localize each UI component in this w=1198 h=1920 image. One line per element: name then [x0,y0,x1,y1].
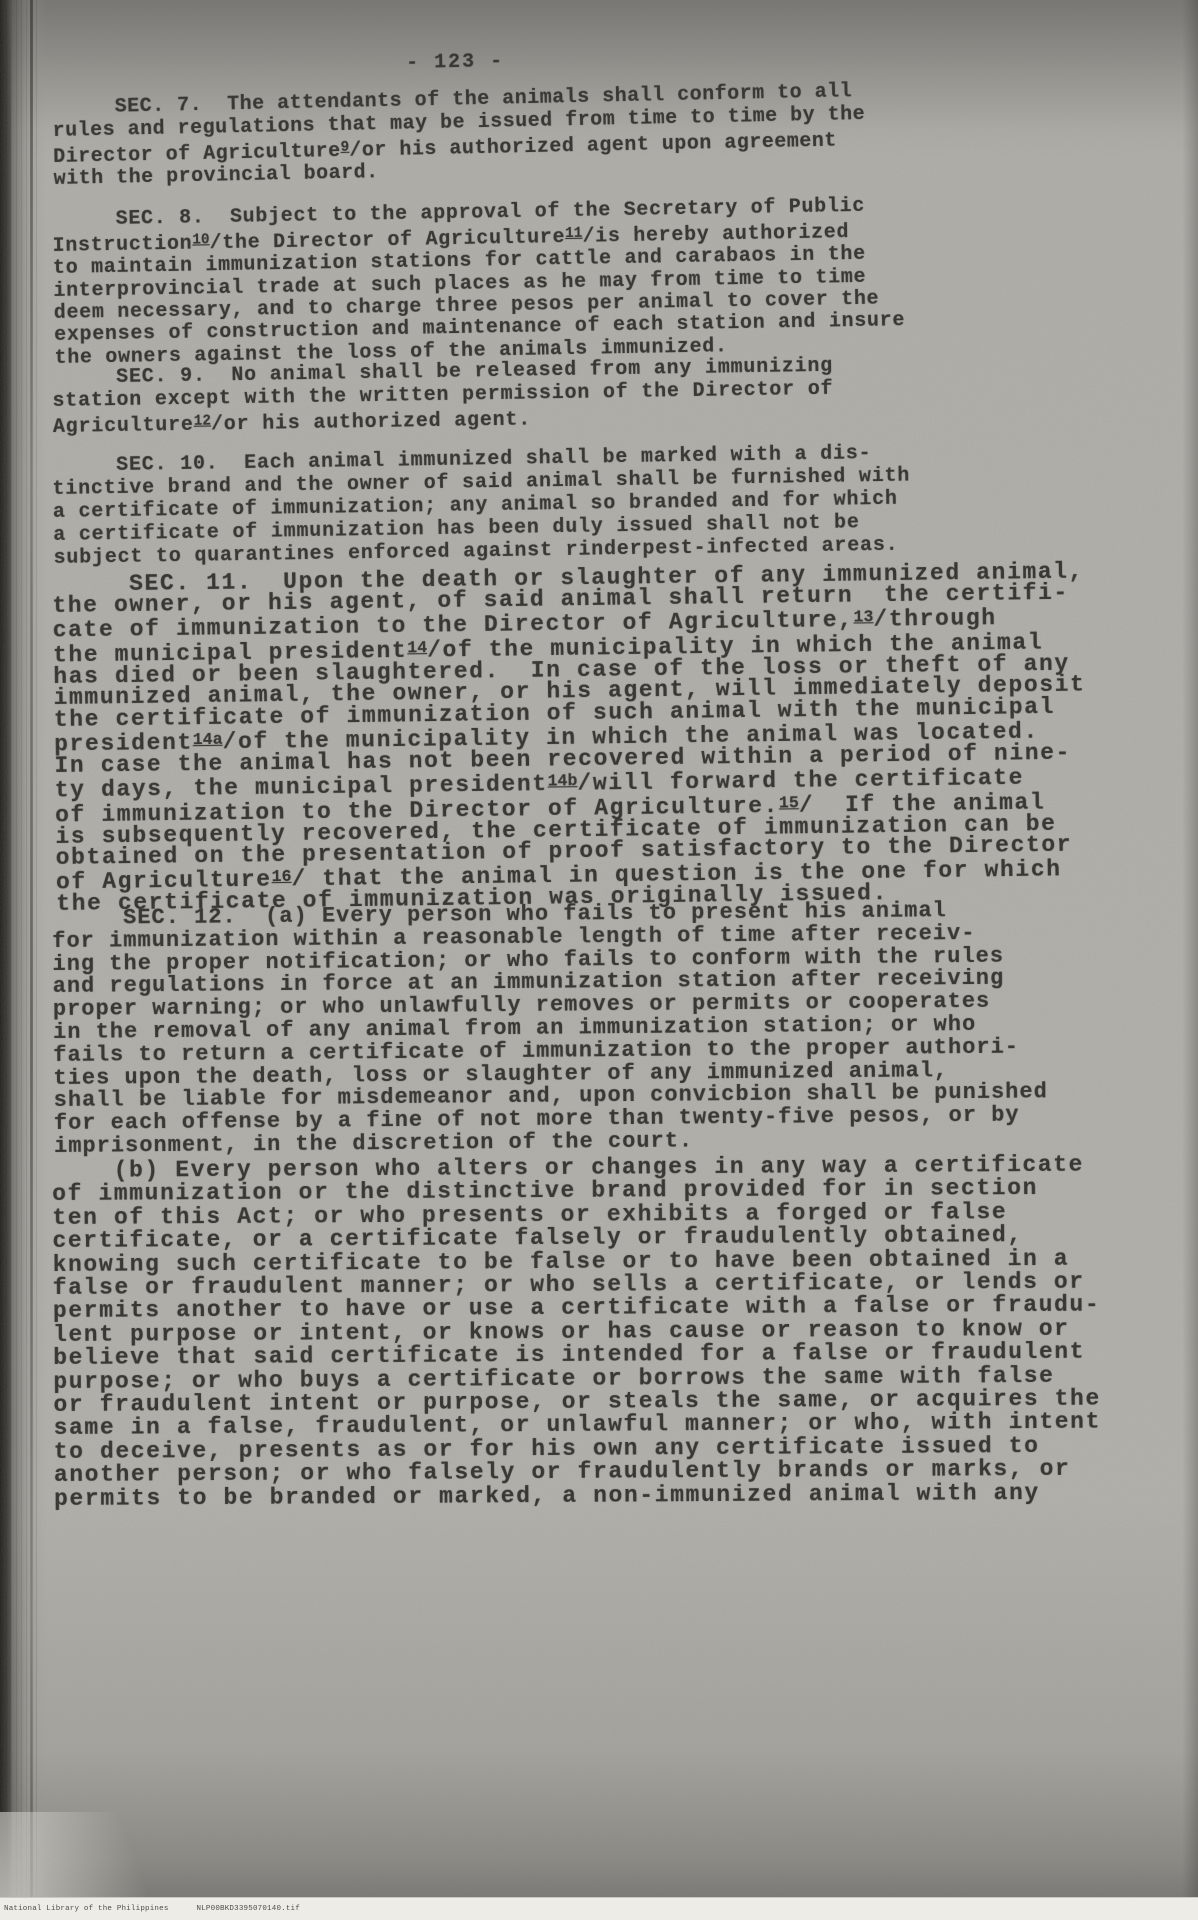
binding-streak-texture [6,0,40,1897]
binding-crease-line [30,0,33,1897]
paragraph-sec-11: SEC. 11. Upon the death or slaughter of … [52,560,1196,915]
footer-filename-label: NLP00BKD3395070140.tif [197,1905,300,1913]
bottom-left-page-curl-highlight [0,1812,200,1897]
scan-footer-bar: National Library of the Philippines NLP0… [0,1897,1198,1920]
footer-library-label: National Library of the Philippines [4,1905,169,1913]
paragraph-sec-10: SEC. 10. Each animal immunized shall be … [52,437,1194,570]
paragraph-sec-8: SEC. 8. Subject to the approval of the S… [52,190,1195,370]
paragraph-sec-9: SEC. 9. No animal shall be released from… [52,350,1193,439]
paragraph-sec-12a: SEC. 12. (a) Every person who fails to p… [52,898,1194,1159]
scanned-document-page: - 123 - SEC. 7. The attendants of the an… [0,0,1198,1920]
paragraph-sec-12b: (b) Every person who alters or changes i… [52,1153,1194,1511]
